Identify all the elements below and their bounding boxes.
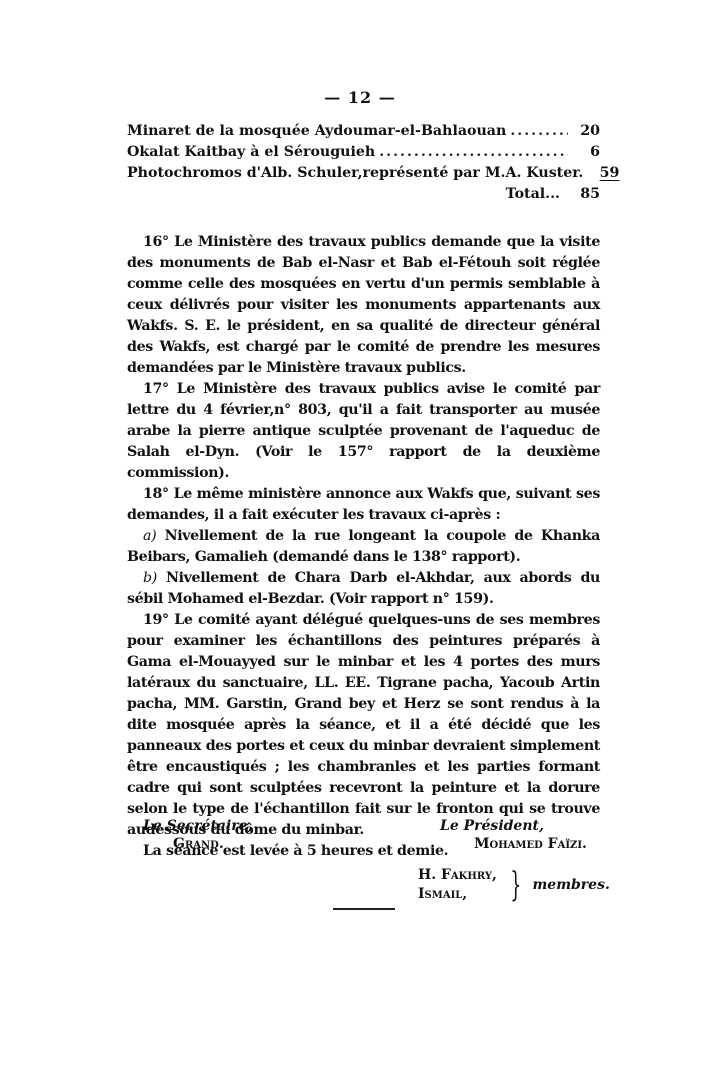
list-item-value: 6 [572,142,600,163]
paragraph-16: 16° Le Ministère des travaux publics dem… [127,232,600,379]
list-item: Minaret de la mosquée Aydoumar-el-Bahlao… [127,121,600,142]
item-marker: a) [143,528,156,544]
president-signature: Le Président, Mohamed Faïzi. [440,818,587,852]
member-name: Ismail, [418,885,497,904]
brace-icon: } [510,868,521,902]
secretary-signature: Le Secrétaire, Grand. [143,818,252,852]
members-signature: H. Fakhry, Ismail, } membres. [418,866,610,904]
list-item-label: Minaret de la mosquée Aydoumar-el-Bahlao… [127,121,506,142]
president-name: Mohamed Faïzi. [474,836,587,852]
minutes-body: 16° Le Ministère des travaux publics dem… [127,232,600,862]
member-names: H. Fakhry, Ismail, [418,866,497,904]
member-name: H. Fakhry, [418,866,497,885]
secretary-role: Le Secrétaire, [143,818,252,834]
list-item-value: 59 [591,163,619,184]
paragraph-18a: a) Nivellement de la rue longeant la cou… [127,526,600,568]
list-total: Total... 85 [127,184,600,205]
page-number: — 12 — [0,88,720,107]
total-value: 85 [572,184,600,205]
end-rule-divider [333,908,395,910]
leader-dots: ........................................… [379,142,568,163]
item-text: Nivellement de Chara Darb el-Akhdar, aux… [127,570,600,607]
secretary-name: Grand. [173,836,252,852]
paragraph-19: 19° Le comité ayant délégué quelques-uns… [127,610,600,841]
paragraph-17: 17° Le Ministère des travaux publics avi… [127,379,600,484]
paragraph-18: 18° Le même ministère annonce aux Wakfs … [127,484,600,526]
item-marker: b) [143,570,157,586]
list-item: Okalat Kaitbay à el Sérouguieh .........… [127,142,600,163]
members-role: membres. [532,877,609,893]
item-text: Nivellement de la rue longeant la coupol… [127,528,600,565]
list-item-value: 20 [572,121,600,142]
leader-dots: ........................................… [510,121,568,142]
president-role: Le Président, [440,818,544,834]
monument-list: Minaret de la mosquée Aydoumar-el-Bahlao… [127,121,600,205]
total-label: Total... [506,184,560,205]
list-item-label: Okalat Kaitbay à el Sérouguieh [127,142,375,163]
paragraph-18b: b) Nivellement de Chara Darb el-Akhdar, … [127,568,600,610]
list-item-label: Photochromos d'Alb. Schuler,représenté p… [127,163,583,184]
list-item: Photochromos d'Alb. Schuler,représenté p… [127,163,600,184]
